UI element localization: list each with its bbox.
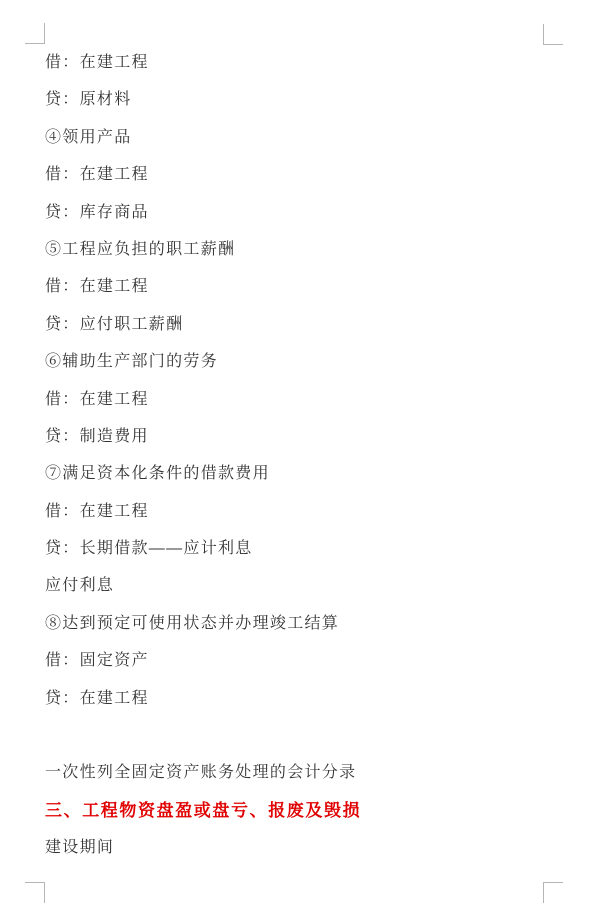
doc-line: 借：在建工程 bbox=[45, 268, 555, 305]
section-heading: 三、工程物资盘盈或盘亏、报废及毁损 bbox=[45, 792, 555, 829]
doc-line: 借：固定资产 bbox=[45, 642, 555, 679]
doc-line: ⑧达到预定可使用状态并办理竣工结算 bbox=[45, 605, 555, 642]
document-page: 借：在建工程 贷：原材料 ④领用产品 借：在建工程 贷：库存商品 ⑤工程应负担的… bbox=[0, 0, 597, 920]
doc-line: 借：在建工程 bbox=[45, 493, 555, 530]
doc-line: 应付利息 bbox=[45, 567, 555, 604]
blank-line bbox=[45, 717, 555, 754]
doc-line: ④领用产品 bbox=[45, 119, 555, 156]
doc-line: 贷：制造费用 bbox=[45, 418, 555, 455]
doc-line: 借：在建工程 bbox=[45, 381, 555, 418]
doc-line: 贷：长期借款——应计利息 bbox=[45, 530, 555, 567]
doc-line: ⑥辅助生产部门的劳务 bbox=[45, 343, 555, 380]
doc-line: ⑤工程应负担的职工薪酬 bbox=[45, 231, 555, 268]
doc-line: 建设期间 bbox=[45, 829, 555, 866]
doc-line: 一次性列全固定资产账务处理的会计分录 bbox=[45, 754, 555, 791]
doc-line: 贷：在建工程 bbox=[45, 680, 555, 717]
doc-line: 借：在建工程 bbox=[45, 44, 555, 81]
doc-line: 贷：应付职工薪酬 bbox=[45, 306, 555, 343]
doc-line: 贷：原材料 bbox=[45, 81, 555, 118]
document-text-area: 借：在建工程 贷：原材料 ④领用产品 借：在建工程 贷：库存商品 ⑤工程应负担的… bbox=[45, 44, 555, 867]
crop-mark-bottom-left bbox=[25, 882, 45, 903]
doc-line: ⑦满足资本化条件的借款费用 bbox=[45, 455, 555, 492]
doc-line: 借：在建工程 bbox=[45, 156, 555, 193]
crop-mark-bottom-right bbox=[543, 882, 563, 903]
crop-mark-top-right bbox=[543, 24, 563, 45]
doc-line: 贷：库存商品 bbox=[45, 194, 555, 231]
crop-mark-top-left bbox=[25, 23, 45, 44]
